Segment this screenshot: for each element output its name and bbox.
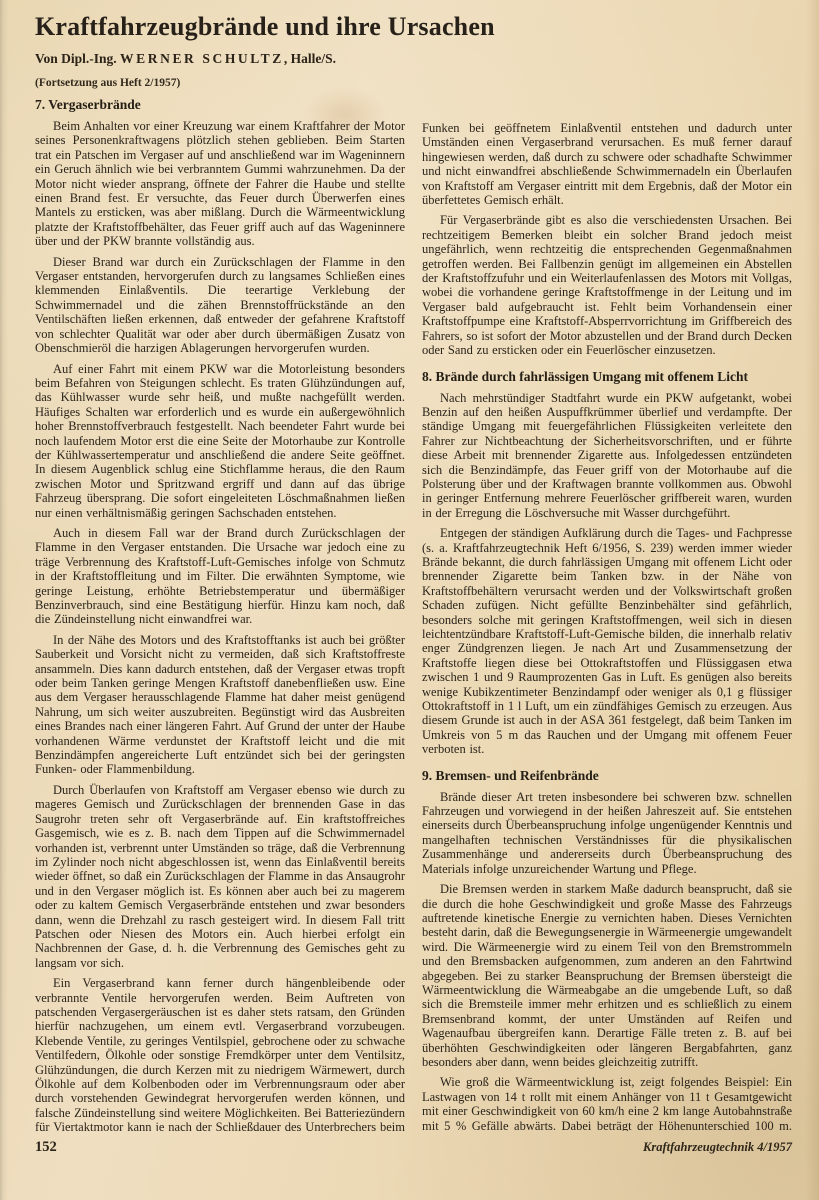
paragraph: Für Vergaserbrände gibt es also die vers… (422, 213, 792, 357)
paragraph: Durch Überlaufen von Kraftstoff am Verga… (35, 783, 405, 970)
byline-suffix: , Halle/S. (284, 51, 336, 66)
author-name: WERNER SCHULTZ (120, 51, 284, 66)
journal-name: Kraftfahrzeugtechnik 4/1957 (643, 1140, 792, 1155)
paragraph: Dieser Brand war durch ein Zurückschlage… (35, 255, 405, 356)
paragraph: Auch in diesem Fall war der Brand durch … (35, 526, 405, 627)
continuation-note: (Fortsetzung aus Heft 2/1957) (35, 77, 795, 89)
byline-prefix: Von Dipl.-Ing. (35, 51, 120, 66)
left-column: 7. VergaserbrändeBeim Anhalten vor einer… (35, 97, 405, 1131)
section-heading: 8. Brände durch fahrlässigen Umgang mit … (422, 369, 792, 385)
magazine-page: Kraftfahrzeugbrände und ihre Ursachen Vo… (0, 0, 819, 1200)
article-header: Kraftfahrzeugbrände und ihre Ursachen Vo… (35, 12, 795, 89)
page-number: 152 (35, 1139, 57, 1156)
paragraph: Funken bei geöffnetem Einlaßventil entst… (422, 121, 792, 207)
paragraph: Nach mehrstündiger Stadtfahrt wurde ein … (422, 391, 792, 521)
section-heading: 9. Bremsen- und Reifenbrände (422, 768, 792, 784)
paragraph: Wie groß die Wärmeentwicklung ist, zeigt… (422, 1075, 792, 1131)
paragraph: Die Bremsen werden in starkem Maße dadur… (422, 882, 792, 1069)
page-footer: 152 Kraftfahrzeugtechnik 4/1957 (35, 1139, 792, 1156)
paragraph: Entgegen der ständigen Aufklärung durch … (422, 526, 792, 757)
byline: Von Dipl.-Ing. WERNER SCHULTZ, Halle/S. (35, 51, 795, 67)
right-column: Funken bei geöffnetem Einlaßventil entst… (422, 97, 792, 1131)
paragraph: In der Nähe des Motors und des Kraftstof… (35, 633, 405, 777)
paragraph: Ein Vergaserbrand kann ferner durch häng… (35, 976, 405, 1131)
section-heading: 7. Vergaserbrände (35, 97, 405, 113)
paragraph: Auf einer Fahrt mit einem PKW war die Mo… (35, 362, 405, 520)
article-body: 7. VergaserbrändeBeim Anhalten vor einer… (35, 97, 792, 1131)
paragraph: Brände dieser Art treten insbesondere be… (422, 790, 792, 876)
paragraph: Beim Anhalten vor einer Kreuzung war ein… (35, 119, 405, 249)
article-title: Kraftfahrzeugbrände und ihre Ursachen (35, 12, 795, 42)
